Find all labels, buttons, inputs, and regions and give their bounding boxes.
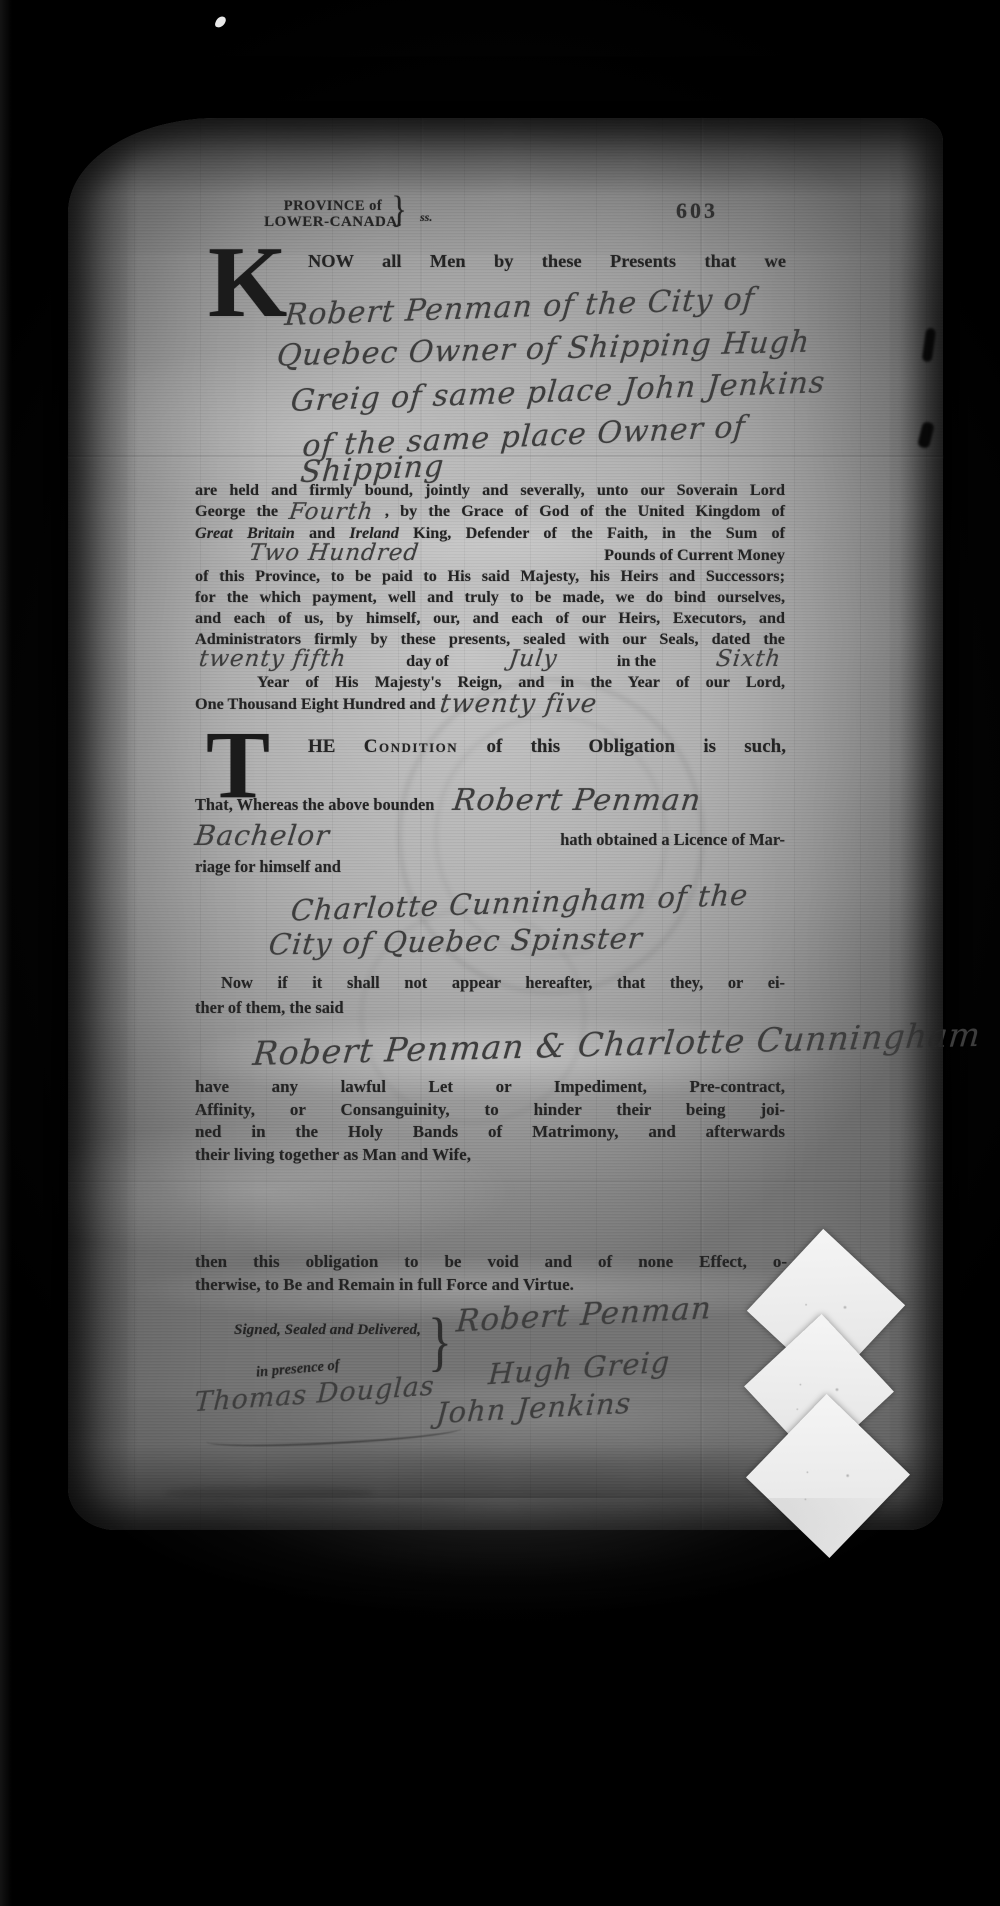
handwritten-text: Robert Penman — [451, 788, 702, 814]
printed-text: in the — [617, 651, 656, 672]
printed-text: Now if it shall not appear hereafter, th… — [221, 973, 785, 992]
printed-text: Administrators firmly by these presents,… — [195, 630, 785, 648]
handwritten-text: Fourth — [288, 503, 375, 523]
handwritten-text: Charlotte Cunningham of the — [290, 883, 750, 924]
text-line: of this Province, to be paid to His said… — [195, 566, 785, 587]
scan-edge-strip — [0, 0, 12, 1906]
text-line: then this obligation to be void and of n… — [195, 1250, 787, 1273]
printed-text: George the — [195, 502, 289, 520]
text-line: That, Whereas the above bounden Robert P… — [195, 788, 785, 816]
header-brace: } — [391, 188, 407, 232]
horizontal-fold — [68, 1180, 943, 1182]
printed-text: HE — [308, 736, 364, 757]
printed-text: of this Province, to be paid to His said… — [195, 567, 785, 585]
handwritten-text: twenty five — [438, 693, 598, 715]
signature-witness-thomas-douglas: Thomas Douglas — [194, 1376, 436, 1416]
printed-text: Affinity, or Consanguinity, to hinder th… — [195, 1100, 785, 1119]
ss-abbreviation: ss. — [420, 210, 432, 225]
text-line: ned in the Holy Bands of Matrimony, and … — [195, 1121, 785, 1144]
printed-text: have any lawful Let or Impediment, Pre-c… — [195, 1077, 785, 1096]
condition-paragraph: That, Whereas the above bounden Robert P… — [195, 788, 785, 1064]
printed-text: and — [309, 524, 349, 542]
text-line: and each of us, by himself, our, and eac… — [195, 608, 785, 629]
handwritten-text: Robert Penman & Charlotte Cunningham — [252, 1021, 983, 1068]
dust-speck — [214, 15, 227, 29]
printed-text: King, Defender of the Faith, in the Sum … — [413, 524, 785, 542]
bond-paragraph: are held and firmly bound, jointly and s… — [195, 480, 785, 715]
printed-text: riage for himself and — [195, 857, 341, 876]
handwritten-text: Quebec Owner of Shipping Hugh — [276, 330, 812, 370]
attestation-label: Signed, Sealed and Delivered, — [234, 1321, 444, 1338]
handwritten-text: July — [508, 650, 559, 670]
printed-text: One Thousand Eight Hundred and — [195, 695, 440, 713]
text-line: riage for himself and — [195, 856, 785, 878]
handwritten-parties: Robert Penman of the City of Quebec Owne… — [273, 293, 853, 465]
opening-line: NOW all Men by these Presents that we — [308, 251, 786, 272]
signature-flourish — [206, 1419, 463, 1450]
handwritten-text: City of Quebec Spinster — [268, 926, 644, 957]
handwritten-text: twenty fifth — [198, 650, 348, 670]
scan-afterglow — [52, 1498, 952, 1768]
text-line: are held and firmly bound, jointly and s… — [195, 480, 785, 501]
printed-text: of this Obligation is such, — [486, 736, 786, 757]
signature-brace: } — [428, 1304, 452, 1380]
impediment-paragraph: have any lawful Let or Impediment, Pre-c… — [195, 1076, 785, 1166]
printed-text: Pounds of Current Money — [604, 545, 785, 566]
folio-number: 603 — [676, 198, 718, 224]
margin-ink-mark — [917, 421, 935, 449]
printed-text: are held and firmly bound, jointly and s… — [195, 481, 785, 499]
printed-text: and each of us, by himself, our, and eac… — [195, 609, 785, 627]
printed-text: for the which payment, well and truly to… — [195, 588, 785, 606]
printed-text: hath obtained a Licence of Mar- — [560, 829, 785, 851]
signature-hugh-greig: Hugh Greig — [488, 1350, 671, 1388]
printed-text: Year of His Majesty's Reign, and in the … — [257, 673, 785, 691]
text-line: Robert Penman & Charlotte Cunningham — [253, 1026, 786, 1071]
text-line: George the Fourth , by the Grace of God … — [195, 501, 785, 523]
text-line: City of Quebec Spinster — [269, 924, 786, 969]
printed-text: their living together as Man and Wife, — [195, 1145, 471, 1164]
printed-text: , by the Grace of God of the United King… — [385, 502, 785, 520]
printed-text: then this obligation to be void and of n… — [195, 1252, 787, 1271]
italic-text: Ireland — [349, 524, 398, 542]
smallcaps-text: Condition — [364, 736, 458, 757]
province-line-1: PROVINCE of — [258, 198, 408, 214]
void-clause-paragraph: then this obligation to be void and of n… — [195, 1250, 787, 1296]
handwritten-text: Two Hundred — [248, 544, 421, 564]
text-line: twenty fifth day of July in the Sixth — [195, 650, 785, 672]
condition-title: HE Condition of this Obligation is such, — [308, 736, 786, 758]
printed-text: ned in the Holy Bands of Matrimony, and … — [195, 1122, 785, 1141]
handwritten-text: Robert Penman of the City of — [284, 286, 756, 328]
italic-text: Great Britain — [195, 524, 295, 542]
scanned-document-viewer: PROVINCE of LOWER-CANADA. } ss. 603 K NO… — [0, 0, 1000, 1906]
text-line: Bachelor hath obtained a Licence of Mar- — [195, 824, 785, 851]
text-line: have any lawful Let or Impediment, Pre-c… — [195, 1076, 785, 1099]
printed-text: therwise, to Be and Remain in full Force… — [195, 1275, 574, 1294]
printed-text: That, Whereas the above bounden — [195, 795, 434, 814]
text-line: Two Hundred Pounds of Current Money — [195, 544, 785, 566]
signature-john-jenkins: John Jenkins — [435, 1391, 632, 1426]
text-line: Affinity, or Consanguinity, to hinder th… — [195, 1099, 785, 1122]
text-line: ther of them, the said — [195, 997, 785, 1019]
text-line: One Thousand Eight Hundred and twenty fi… — [195, 693, 785, 715]
margin-ink-mark — [922, 327, 937, 362]
text-line: HE Condition of this Obligation is such, — [308, 736, 786, 758]
text-line: for the which payment, well and truly to… — [195, 587, 785, 608]
printed-text: ther of them, the said — [195, 998, 344, 1017]
text-line: Now if it shall not appear hereafter, th… — [195, 972, 785, 994]
text-line: their living together as Man and Wife, — [195, 1144, 785, 1167]
handwritten-text: Sixth — [715, 650, 783, 670]
printed-text: day of — [406, 651, 449, 672]
signature-robert-penman: Robert Penman — [455, 1295, 712, 1335]
handwritten-text: Bachelor — [194, 824, 332, 848]
